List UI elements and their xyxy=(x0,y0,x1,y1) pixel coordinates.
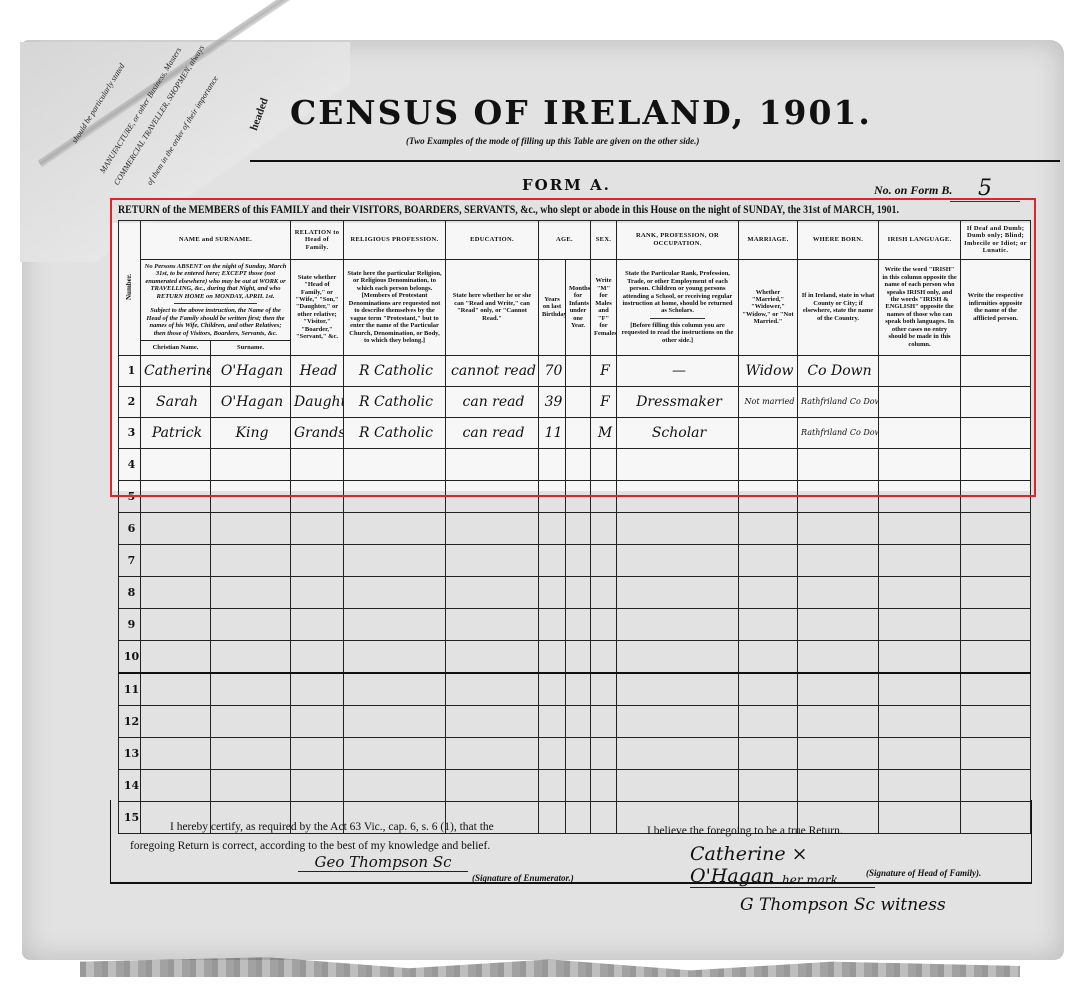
enumerator-certification: I hereby certify, as required by the Act… xyxy=(130,818,520,856)
age-months-header: Months for Infants under one Year. xyxy=(566,259,591,355)
col-age-header: AGE. xyxy=(539,221,591,260)
christian-name-header: Christian Name. xyxy=(141,341,211,355)
surname-header: Surname. xyxy=(211,341,291,355)
return-heading: RETURN of the MEMBERS of this FAMILY and… xyxy=(118,204,901,216)
divider xyxy=(250,160,1060,162)
sex-cell: F xyxy=(591,386,617,417)
relation-cell: Head xyxy=(291,355,344,386)
table-row: 10 xyxy=(119,640,1031,673)
table-row: 11 xyxy=(119,673,1031,706)
col-relation-header: RELATION to Head of Family. xyxy=(291,221,344,260)
row-number: 8 xyxy=(119,576,141,608)
occupation-cell: Scholar xyxy=(617,417,739,448)
table-row: 9 xyxy=(119,608,1031,640)
occupation-cell: — xyxy=(617,355,739,386)
header-row-titles: Number. NAME and SURNAME. RELATION to He… xyxy=(119,221,1031,260)
enumerator-signature-label: (Signature of Enumerator.) xyxy=(472,873,574,883)
age-months-cell xyxy=(566,386,591,417)
surname-cell: King xyxy=(211,417,291,448)
relation-cell: Daughter xyxy=(291,386,344,417)
document-title: CENSUS OF IRELAND, 1901. xyxy=(290,93,872,132)
row-number: 1 xyxy=(119,355,141,386)
christian-name-cell: Patrick xyxy=(141,417,211,448)
religion-cell: R Catholic xyxy=(344,386,446,417)
row-number: 9 xyxy=(119,608,141,640)
born-cell: Rathfriland Co Down xyxy=(798,417,879,448)
table-row: 7 xyxy=(119,544,1031,576)
name-instructions: No Persons ABSENT on the night of Sunday… xyxy=(141,259,291,340)
born-cell: Rathfriland Co Down xyxy=(798,386,879,417)
age-months-cell xyxy=(566,355,591,386)
col-religion-header: RELIGIOUS PROFESSION. xyxy=(344,221,446,260)
sex-cell: M xyxy=(591,417,617,448)
form-name: FORM A. xyxy=(522,176,611,194)
religion-instructions: State here the particular Religion, or R… xyxy=(344,259,446,355)
col-irish-header: IRISH LANGUAGE. xyxy=(879,221,961,260)
irish-instructions: Write the word "IRISH" in this column op… xyxy=(879,259,961,355)
deaf-cell xyxy=(961,386,1031,417)
row-number: 11 xyxy=(119,673,141,706)
col-occupation-header: RANK, PROFESSION, OR OCCUPATION. xyxy=(617,221,739,260)
marriage-cell: Not married xyxy=(739,386,798,417)
age-years-header: Years on last Birthday. xyxy=(539,259,566,355)
col-education-header: EDUCATION. xyxy=(446,221,539,260)
sex-cell: F xyxy=(591,355,617,386)
marriage-cell xyxy=(739,417,798,448)
education-cell: cannot read xyxy=(446,355,539,386)
irish-cell xyxy=(879,386,961,417)
irish-cell xyxy=(879,417,961,448)
census-table: Number. NAME and SURNAME. RELATION to He… xyxy=(118,220,1031,834)
age-years-cell: 39 xyxy=(539,386,566,417)
table-row: 3 Patrick King Grandson R Catholic can r… xyxy=(119,417,1031,448)
occupation-instructions: State the Particular Rank, Profession, T… xyxy=(617,259,739,355)
age-months-cell xyxy=(566,417,591,448)
born-instructions: If in Ireland, state in what County or C… xyxy=(798,259,879,355)
header-row-instructions: No Persons ABSENT on the night of Sunday… xyxy=(119,259,1031,340)
christian-name-cell: Catherine xyxy=(141,355,211,386)
table-row: 12 xyxy=(119,705,1031,737)
row-number: 3 xyxy=(119,417,141,448)
age-years-cell: 11 xyxy=(539,417,566,448)
born-cell: Co Down xyxy=(798,355,879,386)
col-deaf-header: If Deaf and Dumb; Dumb only; Blind; Imbe… xyxy=(961,221,1031,260)
table-row: 14 xyxy=(119,769,1031,801)
table-row: 6 xyxy=(119,512,1031,544)
relation-instructions: State whether "Head of Family," or "Wife… xyxy=(291,259,344,355)
col-sex-header: SEX. xyxy=(591,221,617,260)
surname-cell: O'Hagan xyxy=(211,386,291,417)
row-number: 14 xyxy=(119,769,141,801)
col-born-header: WHERE BORN. xyxy=(798,221,879,260)
table-row: 2 Sarah O'Hagan Daughter R Catholic can … xyxy=(119,386,1031,417)
col-name-header: NAME and SURNAME. xyxy=(141,221,291,260)
age-years-cell: 70 xyxy=(539,355,566,386)
relation-cell: Grandson xyxy=(291,417,344,448)
enumerator-text-line-1: I hereby certify, as required by the Act… xyxy=(130,818,520,837)
table-row: 4 xyxy=(119,448,1031,480)
occupation-cell: Dressmaker xyxy=(617,386,739,417)
row-number: 5 xyxy=(119,480,141,512)
deaf-cell xyxy=(961,417,1031,448)
irish-cell xyxy=(879,355,961,386)
education-cell: can read xyxy=(446,386,539,417)
head-certification-text: I believe the foregoing to be a true Ret… xyxy=(647,825,843,837)
row-number: 12 xyxy=(119,705,141,737)
head-mark: her mark xyxy=(782,873,838,887)
religion-cell: R Catholic xyxy=(344,355,446,386)
row-number: 6 xyxy=(119,512,141,544)
document-subtitle: (Two Examples of the mode of filling up … xyxy=(406,136,699,146)
sex-instructions: Write "M" for Males and "F" for Females. xyxy=(591,259,617,355)
deaf-instructions: Write the respective infirmities opposit… xyxy=(961,259,1031,355)
col-number-header: Number. xyxy=(119,221,141,356)
marriage-cell: Widow xyxy=(739,355,798,386)
education-cell: can read xyxy=(446,417,539,448)
row-number: 7 xyxy=(119,544,141,576)
row-number: 4 xyxy=(119,448,141,480)
religion-cell: R Catholic xyxy=(344,417,446,448)
head-of-family-signature-label: (Signature of Head of Family). xyxy=(866,868,981,878)
enumerator-signature: Geo Thompson Sc xyxy=(298,853,468,872)
marriage-instructions: Whether "Married," "Widower," "Widow," o… xyxy=(739,259,798,355)
row-number: 13 xyxy=(119,737,141,769)
form-b-label: No. on Form B. xyxy=(874,183,952,198)
deaf-cell xyxy=(961,355,1031,386)
row-number: 10 xyxy=(119,640,141,673)
witness-signature: G Thompson Sc witness xyxy=(740,895,946,915)
table-row: 8 xyxy=(119,576,1031,608)
table-row: 5 xyxy=(119,480,1031,512)
christian-name-cell: Sarah xyxy=(141,386,211,417)
surname-cell: O'Hagan xyxy=(211,355,291,386)
col-marriage-header: MARRIAGE. xyxy=(739,221,798,260)
table-row: 13 xyxy=(119,737,1031,769)
table-row: 1 Catherine O'Hagan Head R Catholic cann… xyxy=(119,355,1031,386)
form-b-value: 5 xyxy=(950,176,1020,202)
education-instructions: State here whether he or she can "Read a… xyxy=(446,259,539,355)
row-number: 2 xyxy=(119,386,141,417)
